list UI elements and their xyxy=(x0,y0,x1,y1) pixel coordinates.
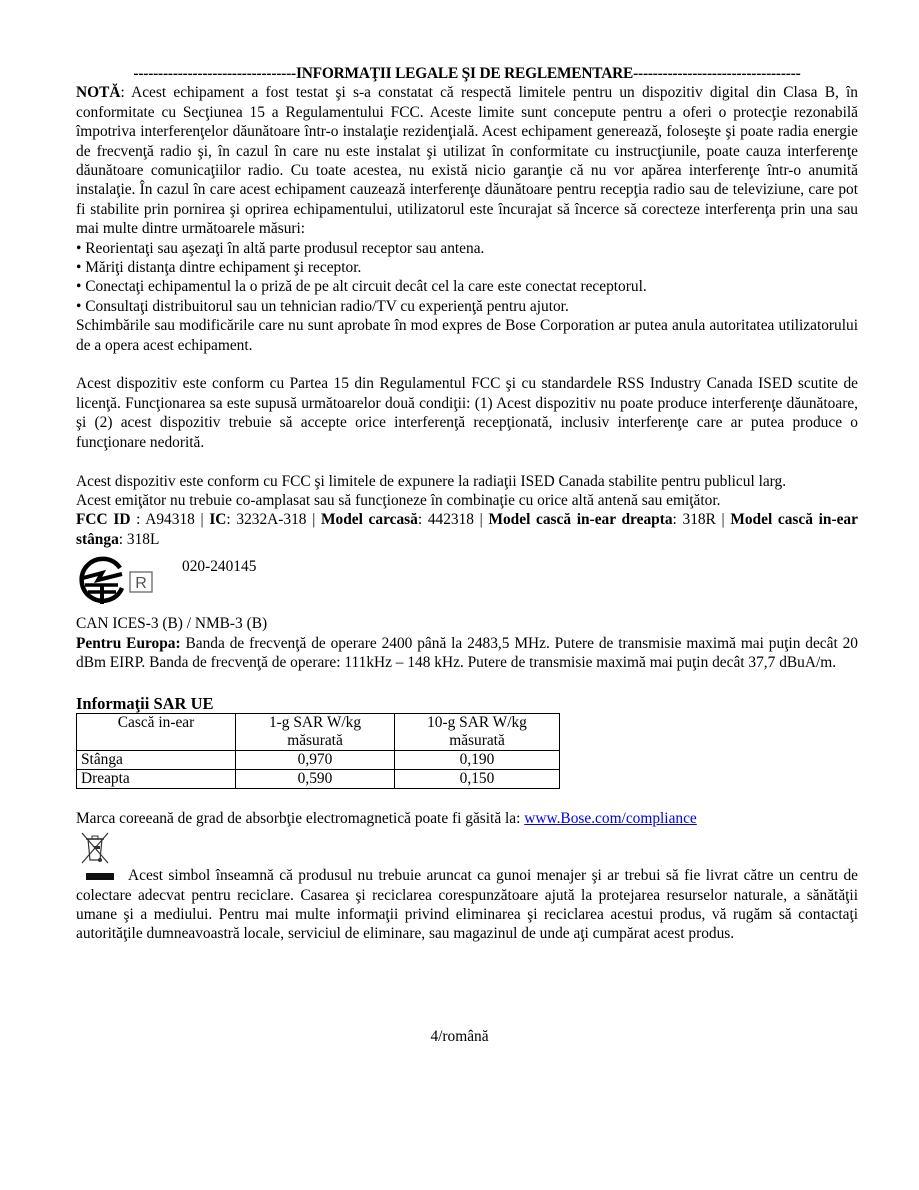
fcc-id-value: : A94318 | xyxy=(130,511,209,528)
korean-sar-paragraph: Marca coreeană de grad de absorbţie elec… xyxy=(76,809,858,828)
europe-text: Banda de frecvenţă de operare 2400 până … xyxy=(76,635,858,671)
weee-symbol-container xyxy=(76,832,858,866)
japan-certification-row: R 020-240145 xyxy=(76,554,858,614)
weee-bar-icon xyxy=(86,873,114,880)
document-page: ---------------------------------INFORMA… xyxy=(76,64,858,944)
ic-label: IC xyxy=(209,511,226,528)
fcc-part15-paragraph: Acest dispozitiv este conform cu Partea … xyxy=(76,374,858,452)
table-cell: 0,970 xyxy=(236,751,395,770)
exposure-paragraph-1: Acest dispozitiv este conform cu FCC şi … xyxy=(76,472,858,491)
table-header: 10-g SAR W/kg măsurată xyxy=(395,714,560,751)
sar-table: Cască in-ear 1-g SAR W/kg măsurată 10-g … xyxy=(76,713,560,789)
can-ices-line: CAN ICES-3 (B) / NMB-3 (B) xyxy=(76,614,858,633)
table-row: Stânga 0,970 0,190 xyxy=(77,751,560,770)
list-item: • Conectaţi echipamentul la o priză de p… xyxy=(76,277,858,296)
table-cell: Dreapta xyxy=(77,770,236,789)
table-row: Dreapta 0,590 0,150 xyxy=(77,770,560,789)
certification-number: 020-240145 xyxy=(182,554,256,576)
measures-list: • Reorientaţi sau aşezaţi în altă parte … xyxy=(76,239,858,317)
section-header: ---------------------------------INFORMA… xyxy=(76,64,858,83)
svg-text:R: R xyxy=(135,575,147,592)
exposure-paragraph-2: Acest emiţător nu trebuie co-amplasat sa… xyxy=(76,491,858,510)
right-earbud-label: Model cască in-ear dreapta xyxy=(488,511,672,528)
note-label: NOTĂ xyxy=(76,84,120,101)
table-cell: 0,150 xyxy=(395,770,560,789)
list-item: • Reorientaţi sau aşezaţi în altă parte … xyxy=(76,239,858,258)
right-earbud-value: : 318R | xyxy=(673,511,731,528)
page-footer: 4/română xyxy=(0,1028,919,1046)
giteki-mark-icon xyxy=(76,554,128,606)
fcc-id-label: FCC ID xyxy=(76,511,130,528)
note-text: : Acest echipament a fost testat şi s-a … xyxy=(76,84,858,237)
compliance-link[interactable]: www.Bose.com/compliance xyxy=(524,810,697,827)
list-item: • Măriţi distanţa dintre echipament şi r… xyxy=(76,258,858,277)
europe-label: Pentru Europa: xyxy=(76,635,181,652)
table-cell: 0,590 xyxy=(236,770,395,789)
model-ids: FCC ID : A94318 | IC: 3232A-318 | Model … xyxy=(76,510,858,549)
ic-value: : 3232A-318 | xyxy=(226,511,321,528)
europe-paragraph: Pentru Europa: Banda de frecvenţă de ope… xyxy=(76,634,858,673)
weee-paragraph: Acest simbol înseamnă că produsul nu tre… xyxy=(76,866,858,944)
korean-sar-text: Marca coreeană de grad de absorbţie elec… xyxy=(76,810,524,827)
list-item: • Consultaţi distribuitorul sau un tehni… xyxy=(76,297,858,316)
weee-text: Acest simbol înseamnă că produsul nu tre… xyxy=(76,867,858,942)
table-header: Cască in-ear xyxy=(77,714,236,751)
changes-warning-paragraph: Schimbările sau modificările care nu sun… xyxy=(76,316,858,355)
case-model-label: Model carcasă xyxy=(321,511,418,528)
table-header: 1-g SAR W/kg măsurată xyxy=(236,714,395,751)
weee-crossed-bin-icon xyxy=(80,832,110,868)
case-model-value: : 442318 | xyxy=(418,511,489,528)
table-header-row: Cască in-ear 1-g SAR W/kg măsurată 10-g … xyxy=(77,714,560,751)
table-cell: 0,190 xyxy=(395,751,560,770)
registered-r-icon: R xyxy=(129,571,153,593)
table-cell: Stânga xyxy=(77,751,236,770)
left-earbud-value: : 318L xyxy=(119,531,160,548)
fcc-note-paragraph: NOTĂ: Acest echipament a fost testat şi … xyxy=(76,83,858,238)
sar-title: Informaţii SAR UE xyxy=(76,694,858,713)
